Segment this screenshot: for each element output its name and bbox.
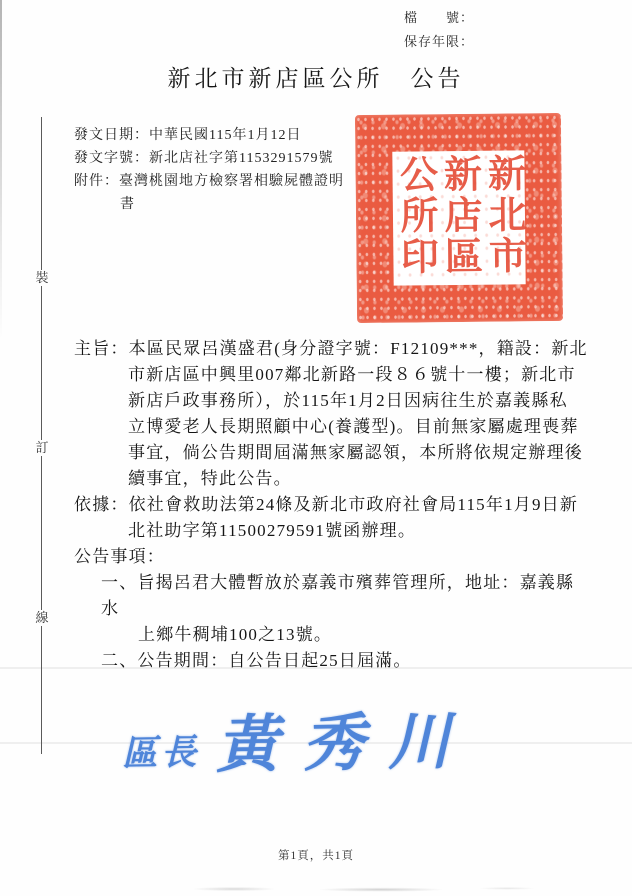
body-line: 續事宜，特此公告。	[74, 466, 592, 492]
attachment-line: 附件：臺灣桃園地方檢察署相驗屍體證明	[74, 170, 344, 193]
doc-number-line: 發文字號：新北店社字第1153291579號	[74, 147, 344, 170]
subject-paragraph: 主旨：本區民眾呂漢盛君(身分證字號：F12109***，籍設：新北 市新店區中興…	[74, 336, 592, 492]
body-line: 依據：依社會救助法第24條及新北市政府社會局115年1月9日新	[74, 492, 592, 518]
binding-mark-zhuang: 裝	[34, 270, 50, 286]
page-title: 新北市新店區公所 公告	[0, 60, 632, 93]
announcement-document: 檔 號： 保存年限： 新北市新店區公所 公告 發文日期：中華民國115年1月12…	[0, 0, 632, 896]
binding-mark-xian: 線	[34, 610, 50, 626]
body-line: 上鄉牛稠埔100之13號。	[101, 622, 592, 648]
body-line: 事宜，倘公告期間屆滿無家屬認領，本所將依規定辦理後	[74, 440, 592, 466]
attachment-line-wrap: 書	[74, 193, 344, 216]
seal-inner: 新北市新店區公所印	[392, 150, 525, 285]
seal-text: 新北市新店區公所印	[392, 153, 525, 282]
file-number-label: 檔 號：	[404, 6, 474, 30]
body-line: 一、旨揭呂君大體暫放於嘉義市殯葬管理所，地址：嘉義縣水	[101, 570, 592, 622]
announcement-item-1: 一、旨揭呂君大體暫放於嘉義市殯葬管理所，地址：嘉義縣水 上鄉牛稠埔100之13號…	[101, 570, 592, 648]
signer-name: 黃秀川	[215, 691, 475, 784]
scan-edge-artifact	[0, 0, 2, 340]
body-line: 二、公告期間：自公告日起25日屆滿。	[101, 648, 592, 674]
official-red-seal: 新北市新店區公所印	[355, 113, 563, 323]
document-meta-block: 發文日期：中華民國115年1月12日 發文字號：新北店社字第1153291579…	[74, 124, 344, 216]
basis-paragraph: 依據：依社會救助法第24條及新北市政府社會局115年1月9日新 北社助字第115…	[74, 492, 592, 544]
body-line: 市新店區中興里007鄰北新路一段８６號十一樓；新北市	[74, 362, 592, 388]
scan-smudge-artifact	[150, 886, 570, 892]
body-line: 主旨：本區民眾呂漢盛君(身分證字號：F12109***，籍設：新北	[74, 336, 592, 362]
issue-date-line: 發文日期：中華民國115年1月12日	[74, 124, 344, 147]
items-heading: 公告事項：	[74, 544, 592, 570]
archive-label-block: 檔 號： 保存年限：	[404, 6, 474, 54]
body-line: 北社助字第11500279591號函辦理。	[74, 518, 592, 544]
announcement-item-2: 二、公告期間：自公告日起25日屆滿。	[101, 648, 592, 674]
signature-stamp: 區長 黃秀川	[121, 691, 475, 786]
body-line: 立博愛老人長期照顧中心(養護型)。目前無家屬處理喪葬	[74, 414, 592, 440]
retention-period-label: 保存年限：	[404, 30, 474, 54]
binding-mark-ding: 訂	[34, 440, 50, 456]
announcement-body: 主旨：本區民眾呂漢盛君(身分證字號：F12109***，籍設：新北 市新店區中興…	[74, 336, 592, 674]
body-line: 新店戶政事務所），於115年1月2日因病往生於嘉義縣私	[74, 388, 592, 414]
signer-title: 區長	[122, 724, 201, 775]
page-indicator: 第1頁，共1頁	[0, 847, 632, 863]
binding-line	[41, 117, 42, 754]
